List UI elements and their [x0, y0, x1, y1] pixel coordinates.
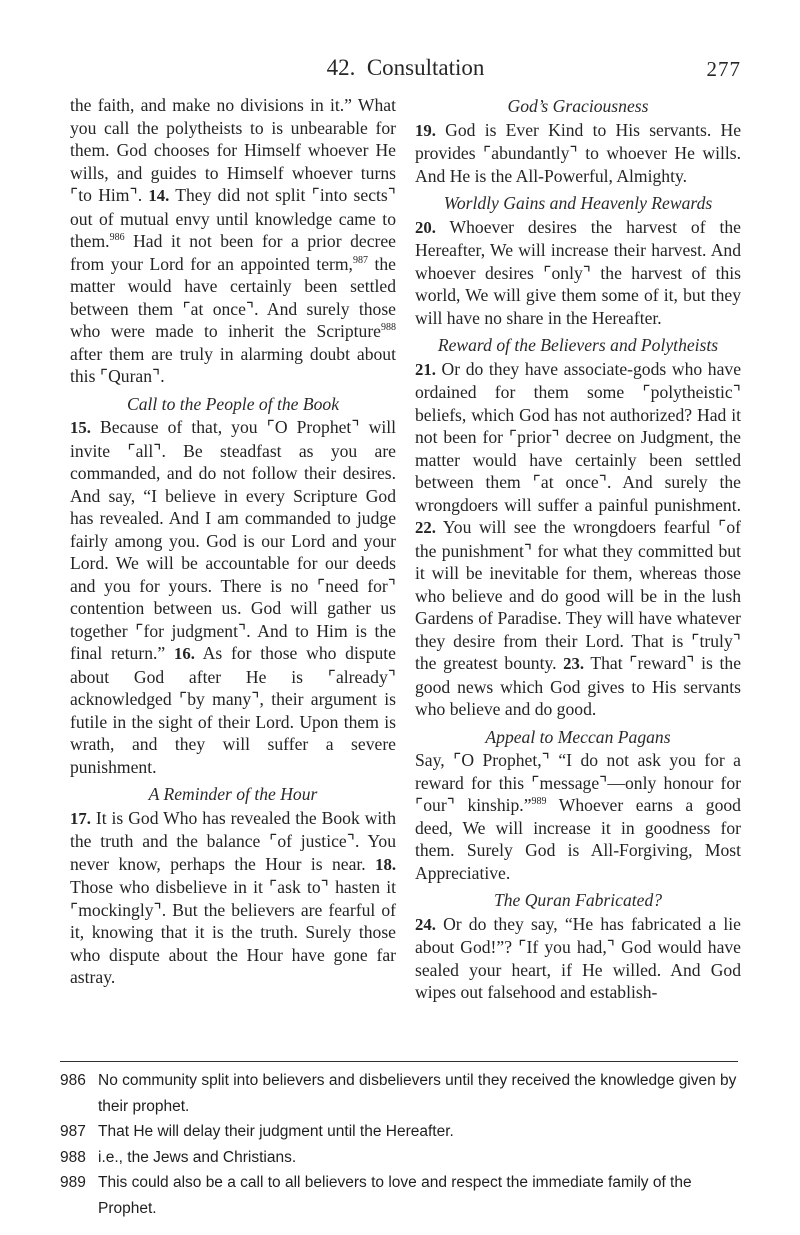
footnote-number: 988: [60, 1145, 98, 1171]
verse-paragraph: 19. God is Ever Kind to His servants. He…: [415, 119, 741, 188]
verse-number: 18.: [375, 855, 396, 874]
verse-number: 17.: [70, 809, 91, 828]
section-heading: God’s Graciousness: [415, 95, 741, 118]
verse-number: 14.: [148, 186, 169, 205]
verse-number: 16.: [174, 644, 195, 663]
footnote-text: This could also be a call to all believe…: [98, 1170, 738, 1221]
verse-number: 24.: [415, 915, 436, 934]
verse-paragraph: Say, ⌜O Prophet,⌝ “I do not ask you for …: [415, 749, 741, 884]
footnote-number: 989: [60, 1170, 98, 1196]
footnote-marker: 989: [532, 796, 547, 807]
verse-paragraph: 20. Whoever desires the harvest of the H…: [415, 216, 741, 330]
verse-paragraph: the faith, and make no divisions in it.”…: [70, 94, 396, 388]
footnote: 987 That He will delay their judgment un…: [60, 1119, 738, 1145]
verse-number: 20.: [415, 218, 436, 237]
footnote-marker: 987: [353, 255, 368, 266]
footnote: 989 This could also be a call to all bel…: [60, 1170, 738, 1221]
section-heading: Reward of the Believers and Polytheists: [415, 334, 741, 357]
verse-number: 15.: [70, 418, 91, 437]
footnote: 988 i.e., the Jews and Christians.: [60, 1145, 738, 1171]
page-number: 277: [707, 57, 742, 81]
footnote-number: 986: [60, 1068, 98, 1094]
verse-number: 22.: [415, 518, 436, 537]
section-heading: Appeal to Meccan Pagans: [415, 726, 741, 749]
footnotes-section: 986 No community split into believers an…: [60, 1061, 738, 1221]
footnote-text: i.e., the Jews and Christians.: [98, 1145, 738, 1171]
section-heading: Worldly Gains and Heavenly Rewards: [415, 192, 741, 215]
verse-number: 23.: [563, 654, 584, 673]
chapter-title: 42. Consultation: [327, 54, 485, 82]
verse-paragraph: 17. It is God Who has revealed the Book …: [70, 807, 396, 989]
footnote-marker: 986: [110, 232, 125, 243]
right-column: God’s Graciousness 19. God is Ever Kind …: [415, 94, 741, 1056]
left-column: the faith, and make no divisions in it.”…: [70, 94, 396, 1056]
verse-paragraph: 15. Because of that, you ⌜O Prophet⌝ wil…: [70, 416, 396, 778]
section-heading: A Reminder of the Hour: [70, 783, 396, 806]
footnote-number: 987: [60, 1119, 98, 1145]
page-header: 42. Consultation 277: [70, 54, 741, 84]
footnote-marker: 988: [381, 322, 396, 333]
footnote-text: That He will delay their judgment until …: [98, 1119, 738, 1145]
verse-number: 21.: [415, 360, 436, 379]
text-columns: the faith, and make no divisions in it.”…: [70, 94, 741, 1056]
section-heading: The Quran Fabricated?: [415, 889, 741, 912]
verse-paragraph: 21. Or do they have associate-gods who h…: [415, 358, 741, 721]
verse-number: 19.: [415, 121, 436, 140]
book-page: 42. Consultation 277 the faith, and make…: [0, 0, 800, 1235]
verse-paragraph: 24. Or do they say, “He has fabricated a…: [415, 913, 741, 1004]
footnote-text: No community split into believers and di…: [98, 1068, 738, 1119]
section-heading: Call to the People of the Book: [70, 393, 396, 416]
footnote: 986 No community split into believers an…: [60, 1068, 738, 1119]
